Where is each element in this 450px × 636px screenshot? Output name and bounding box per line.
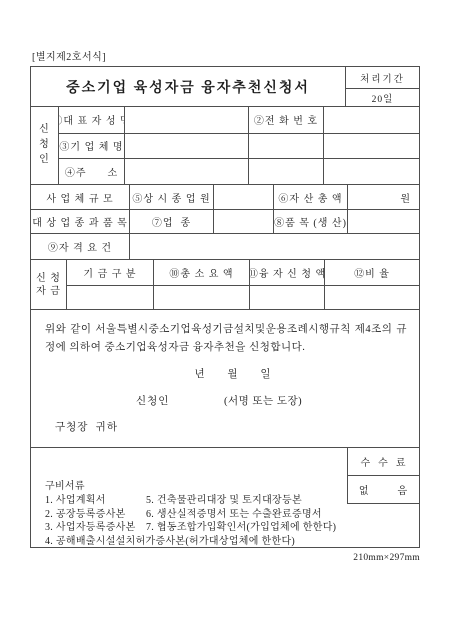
documents-row: 2. 공장등록증사본 6. 생산실적증명서 또는 수출완료증명서 [45,508,341,522]
qualification-label: ⑨자 격 요 건 [31,233,129,259]
processing-period-label: 처리기간 [346,67,419,88]
signature-seal-note: (서명 또는 도장) [224,393,302,408]
address-field [124,158,248,184]
funds-vertical-label: 신 청 자 금 [31,260,66,309]
document-item: 6. 생산실적증명서 또는 수출완료증명서 [146,508,341,522]
industry-type-label: ⑦업 종 [129,209,213,233]
title-section: 중소기업 육성자금 융자추천신청서 처리기간 20일 [31,67,419,106]
applicant-label-char: 인 [39,155,50,165]
paper-size-note: 210mm×297mm [0,553,420,563]
applicant-label-char: 신 [39,125,50,135]
form-title: 중소기업 육성자금 융자추천신청서 [31,67,345,106]
documents-row: 1. 사업계획서 5. 건축물관리대장 및 토지대장등본 [45,494,341,508]
phone-number-label: ②전 화 번 호 [248,107,323,133]
required-documents-section: 수 수 료 없 음 구비서류 1. 사업계획서 5. 건축물관리대장 및 토지대… [31,447,419,547]
loan-request-field [249,285,324,310]
documents-row: 3. 사업자등록증사본 7. 협동조합가입확인서(가입업체에 한한다) [45,521,341,535]
form-reference-note: [별지제2호서식] [32,48,106,63]
total-assets-label: ⑥자 산 총 액 [273,185,347,209]
address-label: ④주 소 [58,158,124,184]
funds-label-line: 신 청 [36,273,61,284]
ratio-header: ⑫비 율 [324,260,419,285]
company-name-field-2 [248,133,323,159]
fee-label: 수 수 료 [348,448,419,475]
document-item: 2. 공장등록증사본 [45,508,146,522]
documents-list: 구비서류 1. 사업계획서 5. 건축물관리대장 및 토지대장등본 2. 공장등… [45,480,341,548]
declaration-section: 위와 같이 서울특별시중소기업육성기금설치및운용조례시행규칙 제4조의 규정에 … [31,309,419,447]
regular-employees-field [213,185,273,209]
total-assets-unit: 원 [347,185,419,209]
document-item: 7. 협동조합가입확인서(가입업체에 한한다) [146,521,341,535]
document-item: 5. 건축물관리대장 및 토지대장등본 [146,494,341,508]
production-item-field [347,209,419,233]
regular-employees-label: ⑤상 시 종 업 원 [129,185,213,209]
fund-category-field [66,285,153,310]
company-name-label: ③기 업 체 명 [58,133,124,159]
addressee-line: 구청장 귀하 [55,419,118,434]
applicant-vertical-label: 신 청 인 [31,107,58,184]
applicant-section: 신 청 인 ①대 표 자 성 명 ②전 화 번 호 ③기 업 체 명 ④주 소 [31,106,419,184]
declaration-text: 위와 같이 서울특별시중소기업육성기금설치및운용조례시행규칙 제4조의 규정에 … [45,321,407,356]
ratio-field [324,285,419,310]
documents-list-title: 구비서류 [45,480,341,494]
processing-period-value: 20일 [346,88,419,106]
loan-request-header: ⑪융 자 신 청 액 [249,260,324,285]
fee-value: 없 음 [348,475,419,503]
business-scale-section: 사 업 체 규 모 ⑤상 시 종 업 원 ⑥자 산 총 액 원 대 상 업 종 … [31,184,419,259]
qualification-field [129,233,419,259]
document-item-last: 4. 공해배출시설설치허가증사본(허가대상업체에 한한다) [45,535,341,549]
company-name-field [124,133,248,159]
document-item: 3. 사업자등록증사본 [45,521,146,535]
date-line: 년 월 일 [47,366,419,381]
address-field-2 [248,158,323,184]
address-field-3 [323,158,419,184]
industry-type-field [213,209,273,233]
production-item-label: ⑧품 목 (생 산) [273,209,347,233]
applicant-label-char: 청 [39,140,50,150]
total-required-field [153,285,249,310]
company-name-field-3 [323,133,419,159]
funds-label-line: 자 금 [36,286,61,297]
scanned-form-page: { "page": { "form_note": "[별지제2호서식]", "p… [0,0,450,636]
fee-box: 수 수 료 없 음 [347,448,419,504]
requested-funds-section: 신 청 자 금 기 금 구 분 ⑩총 소 요 액 ⑪융 자 신 청 액 ⑫비 율 [31,259,419,309]
target-industry-item-label: 대 상 업 종 과 품 목 [31,209,129,233]
business-size-label: 사 업 체 규 모 [31,185,129,209]
total-required-header: ⑩총 소 요 액 [153,260,249,285]
fund-category-header: 기 금 구 분 [66,260,153,285]
processing-period-box: 처리기간 20일 [345,67,419,106]
phone-number-field [323,107,419,133]
representative-name-field [124,107,248,133]
document-item: 1. 사업계획서 [45,494,146,508]
representative-name-label: ①대 표 자 성 명 [58,107,124,133]
signature-applicant-label: 신청인 [136,393,169,408]
form-outer-frame: 중소기업 육성자금 융자추천신청서 처리기간 20일 신 청 인 ①대 표 자 … [30,66,420,548]
